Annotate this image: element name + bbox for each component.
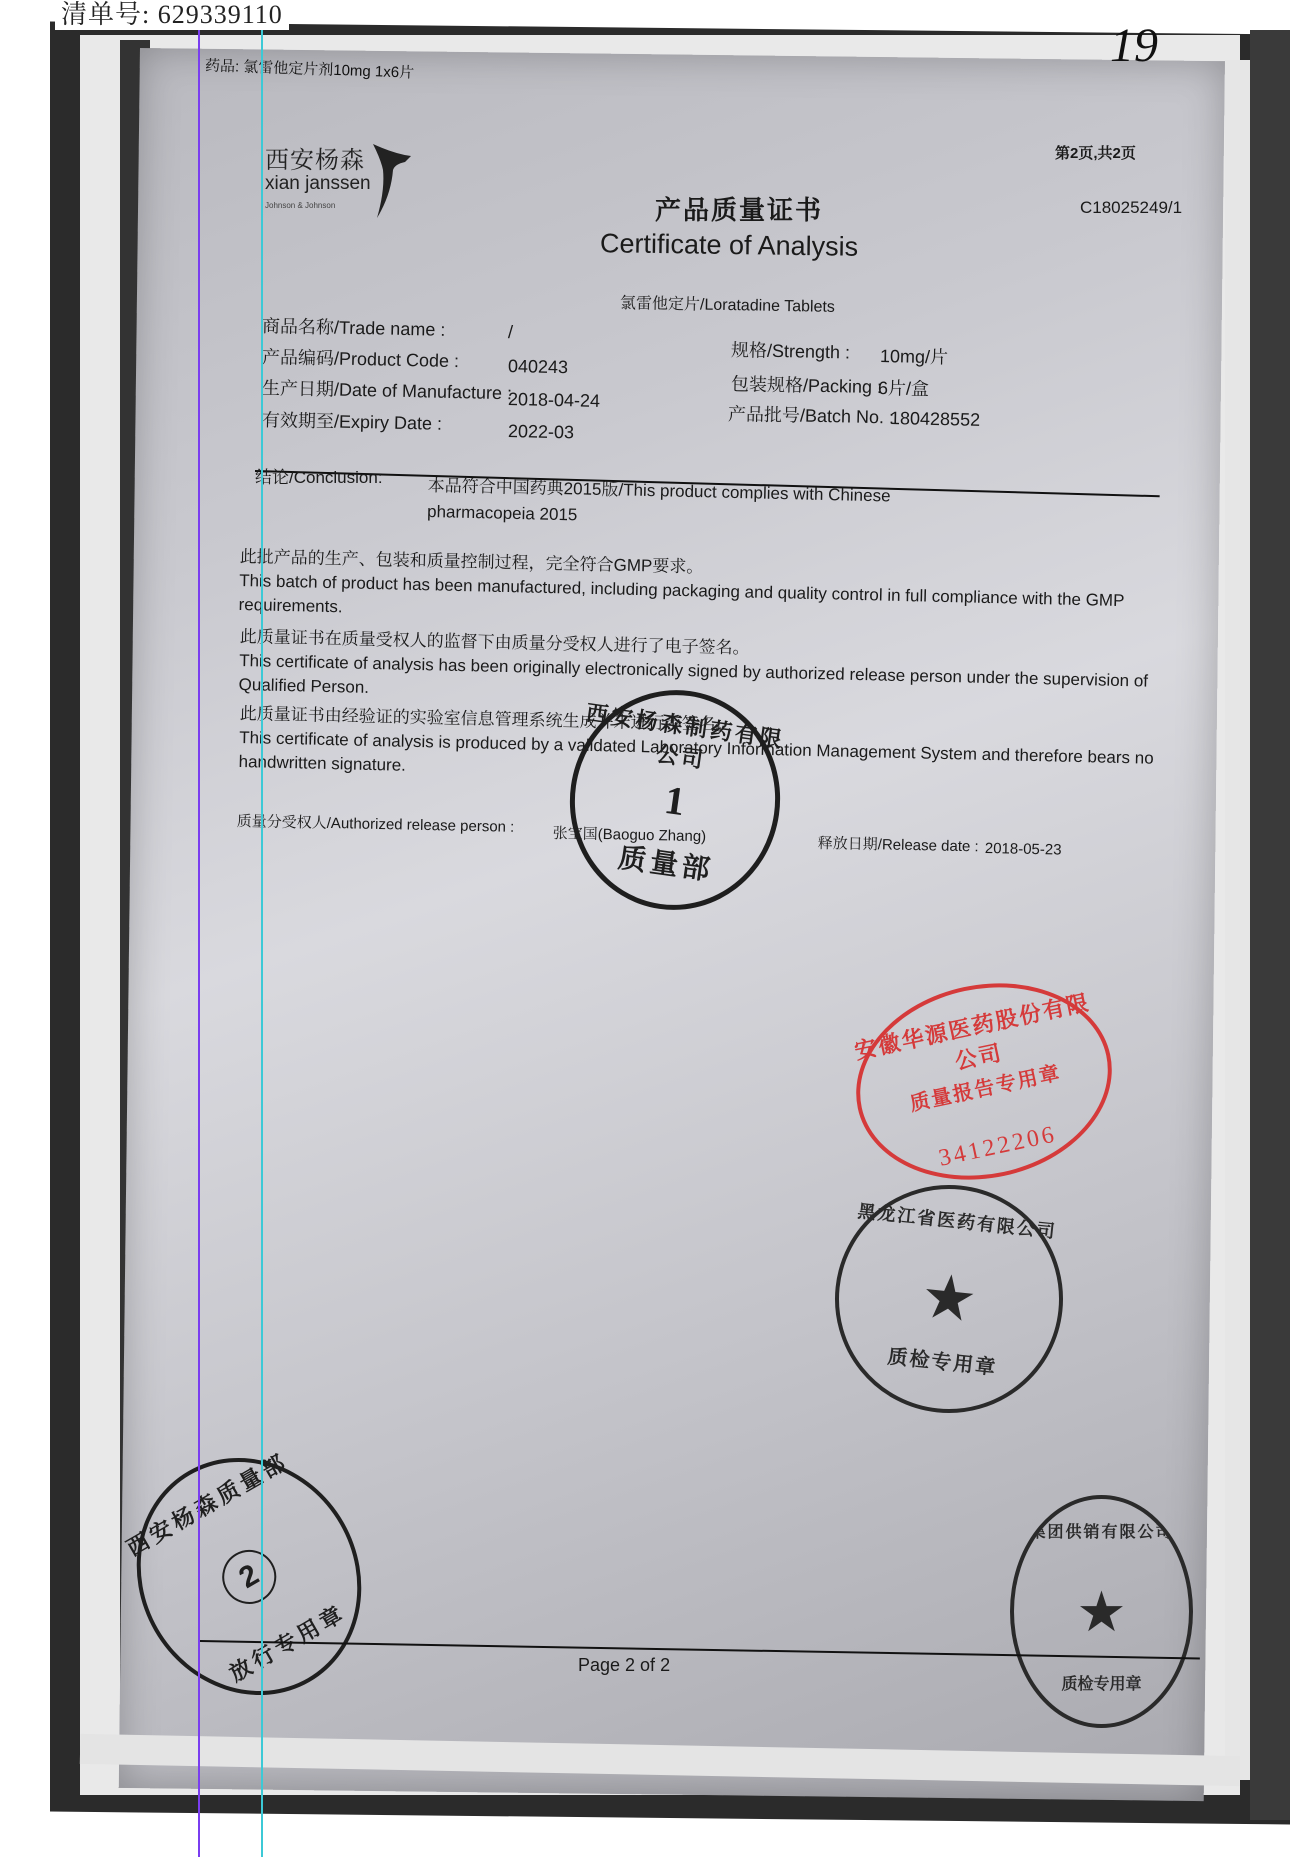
field-packing-value: 6片/盒: [878, 374, 930, 401]
title-cn: 产品质量证书: [655, 190, 823, 227]
scan-artifact-line: [261, 0, 263, 1857]
stamp-number: 2: [212, 1540, 286, 1614]
field-trade-name-value: /: [508, 322, 513, 343]
stamp-number: 1: [662, 775, 688, 824]
list-number: 清单号: 629339110: [55, 0, 289, 30]
conclusion-label: 结论/Conclusion:: [255, 463, 383, 488]
list-number-value: 629339110: [158, 0, 283, 29]
star-icon: ★: [1076, 1579, 1126, 1645]
scan-right-edge: [1250, 30, 1290, 1820]
supply-star-stamp: 集团供销有限公司 ★ 质检专用章: [1010, 1495, 1193, 1728]
stamp-bottom-text: 质检专用章: [1061, 1671, 1141, 1694]
stamp-bottom-text: 质量部: [616, 836, 717, 889]
field-trade-name-label: 商品名称/Trade name :: [262, 312, 446, 342]
logo-cn: 西安杨森: [265, 140, 371, 175]
page-indicator-cn: 第2页,共2页: [1055, 142, 1136, 163]
handwritten-page-number: 19: [1110, 18, 1158, 73]
page-footer: Page 2 of 2: [578, 1655, 670, 1676]
field-strength-value: 10mg/片: [880, 342, 949, 369]
logo-en: xian janssen: [265, 173, 371, 195]
field-batch-no-value: 180428552: [890, 408, 981, 431]
field-expiry-date-label: 有效期至/Expiry Date :: [262, 406, 443, 436]
logo-tagline: Johnson & Johnson: [265, 201, 371, 210]
product-name: 氯雷他定片/Loratadine Tablets: [620, 290, 835, 317]
field-product-code-value: 040243: [508, 356, 569, 378]
stamp-bottom-text: 质检专用章: [886, 1340, 998, 1380]
star-icon: ★: [918, 1265, 980, 1332]
janssen-mark-icon: [365, 140, 415, 220]
field-batch-no-label: 产品批号/Batch No. :: [728, 400, 895, 429]
document-number: C18025249/1: [1080, 198, 1182, 218]
list-number-label: 清单号:: [61, 0, 150, 29]
field-packing-label: 包装规格/Packing :: [731, 370, 883, 399]
field-manufacture-date-label: 生产日期/Date of Manufacture :: [262, 374, 513, 405]
title-en: Certificate of Analysis: [600, 228, 859, 263]
field-manufacture-date-value: 2018-04-24: [508, 389, 600, 412]
company-logo: 西安杨森 xian janssen Johnson & Johnson: [265, 140, 371, 210]
stamp-ring-text: 集团供销有限公司: [1029, 1519, 1173, 1542]
field-product-code-label: 产品编码/Product Code :: [262, 343, 460, 373]
field-expiry-date-value: 2022-03: [508, 421, 574, 443]
scan-artifact-line: [198, 0, 200, 1857]
scan-right-margin: [1225, 60, 1250, 1780]
field-strength-label: 规格/Strength :: [731, 336, 851, 364]
release-date-label: 释放日期/Release date :: [818, 832, 979, 856]
release-date-value: 2018-05-23: [985, 840, 1062, 859]
